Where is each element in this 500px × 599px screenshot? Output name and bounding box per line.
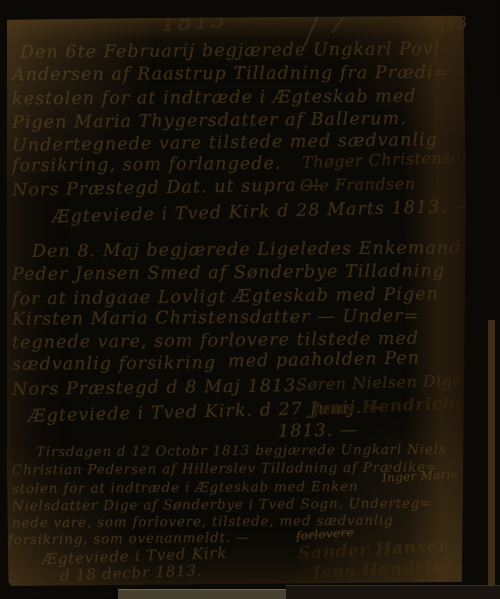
entry2-year-line: 1813. — [278,420,359,441]
entry1-line6: forsikring, som forlangede. [12,154,282,176]
entry3-line2: Christian Pedersen af Hillerslev Tilladn… [12,460,438,479]
entry2-line2: Peder Jensen Smed af Sønderbye Tilladnin… [12,261,445,285]
bottom-band-right [286,585,500,599]
entry2-line6: sædvanlig forsikring [12,353,216,375]
entry1-signature-2: Ole Frandsen [300,174,416,195]
entry1-line4: Pigen Maria Thygersdatter af Ballerum. [12,109,407,133]
entry2-line4: Kirsten Maria Christensdatter — Under= [12,306,420,330]
entry3-line4: Nielsdatter Dige af Sønderbye i Tved Sog… [12,496,432,515]
entry2-line6b: med paaholden Pen [228,348,420,371]
entry2-line7: Nors Præstegd d 8 Maj 1813. [12,376,303,400]
entry1-line2: Andersen af Raastrup Tilladning fra Præd… [12,63,449,85]
manuscript-photo: 1813 113 Den 6te Februarij begjærede Ung… [0,0,500,599]
bottom-band-left [118,589,286,599]
photo-edge-left [0,0,7,599]
entry2-line1: Den 8. Maj begjærede Ligeledes Enkemand [32,238,462,262]
entry1-line1: Den 6te Februarij begjærede Ungkarl Povl [20,39,441,63]
entry1-line3: kestolen for at indtræde i Ægteskab med [12,87,417,110]
entry3-line3: stolen for at indtræde i Ægteskab med En… [12,479,358,497]
page-edge-strip [488,320,495,599]
entry3-line1: Tirsdagen d 12 Octobr 1813 begjærede Ung… [36,442,447,461]
